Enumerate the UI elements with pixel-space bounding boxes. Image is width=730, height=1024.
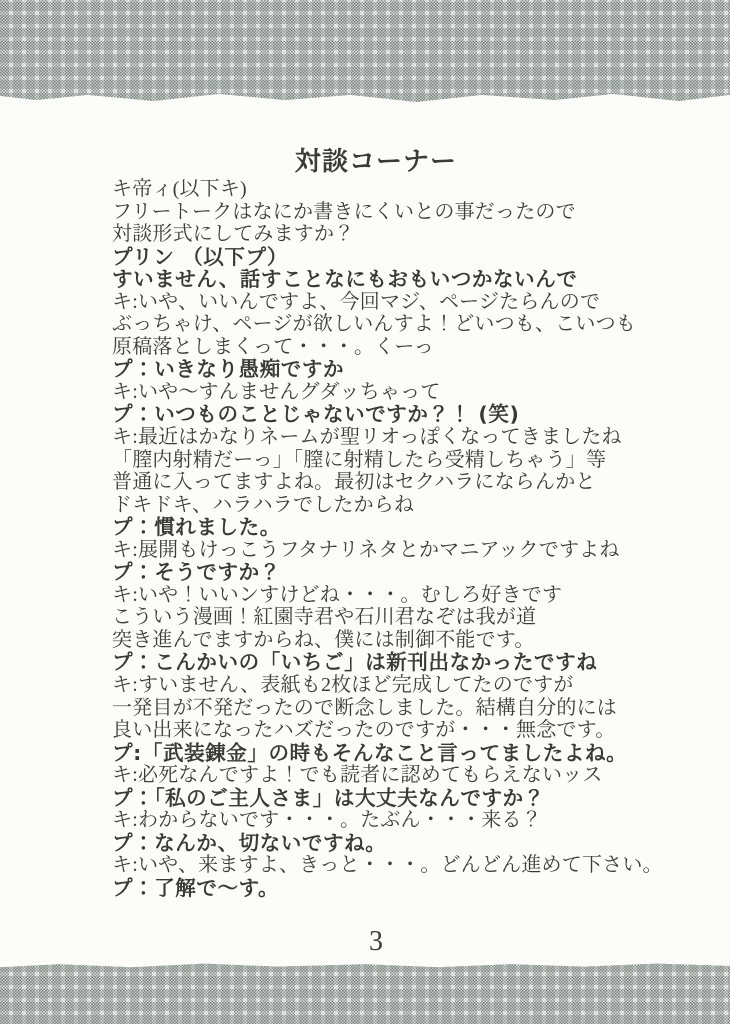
page-title: 対談コーナー <box>112 146 640 178</box>
dialogue-line: 一発目が不発だったので断念しました。結構自分的には <box>112 697 640 720</box>
dialogue-line: プ：なんか、切ないですね。 <box>112 832 640 855</box>
dialogue-line: ドキドキ、ハラハラでしたからね <box>112 494 640 517</box>
dialogue-line: キ帝ィ(以下キ) <box>112 178 640 201</box>
dialogue-line: フリートークはなにか書きにくいとの事だったので <box>112 201 640 224</box>
dialogue-line: キ:展開もけっこうフタナリネタとかマニアックですよね <box>112 539 640 562</box>
dialogue-line: こういう漫画！紅園寺君や石川君なぞは我が道 <box>112 606 640 629</box>
dialogue-line: すいません、話すことなにもおもいつかないんで <box>112 268 640 291</box>
top-plaid-band <box>0 0 730 102</box>
dialogue-line: キ:必死なんですよ！でも読者に認めてもらえないッス <box>112 764 640 787</box>
dialogue-lines: キ帝ィ(以下キ)フリートークはなにか書きにくいとの事だったので対談形式にしてみま… <box>112 178 640 900</box>
bottom-plaid-band <box>0 963 730 1024</box>
dialogue-line: プ：いきなり愚痴ですか <box>112 358 640 381</box>
dialogue-line: プ：慣れました。 <box>112 516 640 539</box>
dialogue-line: プ：いつものことじゃないですか？！ (笑) <box>112 403 640 426</box>
dialogue-line: 「膣内射精だーっ」「膣に射精したら受精しちゃう」等 <box>112 449 640 472</box>
page-number: 3 <box>360 926 392 958</box>
dialogue-block: 対談コーナー キ帝ィ(以下キ)フリートークはなにか書きにくいとの事だったので対談… <box>112 146 640 900</box>
dialogue-line: キ:いや！いいンすけどね・・・。むしろ好きです <box>112 584 640 607</box>
dialogue-line: プ：「私のご主人さま」は大丈夫なんですか？ <box>112 787 640 810</box>
dialogue-line: 対談形式にしてみますか？ <box>112 223 640 246</box>
dialogue-line: プリン （以下プ） <box>112 246 640 269</box>
dialogue-line: 突き進んでますからね、僕には制御不能です。 <box>112 629 640 652</box>
dialogue-line: プ：了解で～す。 <box>112 877 640 900</box>
dialogue-line: キ:いや～すんませんグダッちゃって <box>112 381 640 404</box>
dialogue-line: キ:最近はかなりネームが聖リオっぽくなってきましたね <box>112 426 640 449</box>
dialogue-line: ぶっちゃけ、ページが欲しいんすよ！どいつも、こいつも <box>112 313 640 336</box>
dialogue-line: キ:いや、来ますよ、きっと・・・。どんどん進めて下さい。 <box>112 854 640 877</box>
dialogue-line: キ:すいません、表紙も2枚ほど完成してたのですが <box>112 674 640 697</box>
dialogue-line: プ:「武装錬金」の時もそんなこと言ってましたよね。 <box>112 742 640 765</box>
dialogue-line: プ：そうですか？ <box>112 561 640 584</box>
dialogue-line: キ:いや、いいんですよ、今回マジ、ページたらんので <box>112 291 640 314</box>
scanned-doujinshi-page: 対談コーナー キ帝ィ(以下キ)フリートークはなにか書きにくいとの事だったので対談… <box>0 0 730 1024</box>
dialogue-line: プ：こんかいの「いちご」は新刊出なかったですね <box>112 651 640 674</box>
dialogue-line: 原稿落としまくって・・・。くーっ <box>112 336 640 359</box>
dialogue-line: キ:わからないです・・・。たぶん・・・来る？ <box>112 809 640 832</box>
dialogue-line: 良い出来になったハズだったのですが・・・無念です。 <box>112 719 640 742</box>
dialogue-line: 普通に入ってますよね。最初はセクハラにならんかと <box>112 471 640 494</box>
